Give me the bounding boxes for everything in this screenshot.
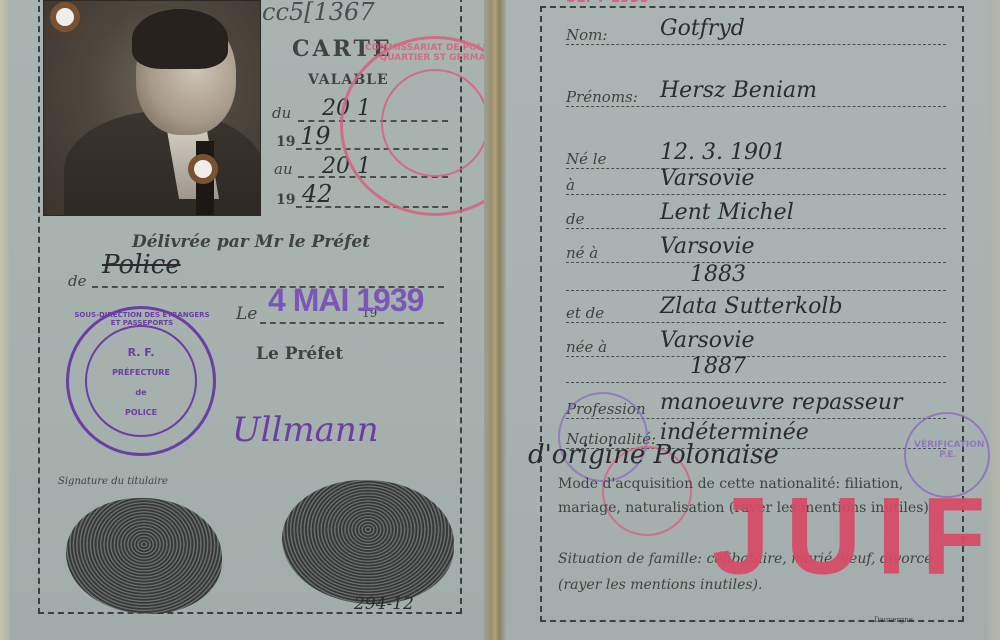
stamp-line: R. F. (99, 343, 183, 363)
dotted-line (566, 356, 946, 357)
eyelet-icon (50, 2, 80, 32)
field-value: 1887 (690, 354, 746, 379)
dotted-line (566, 168, 946, 169)
field-value: manoeuvre repasseur (660, 390, 903, 415)
field-value: 12. 3. 1901 (660, 140, 786, 165)
field-label: Prénoms: (566, 88, 638, 106)
bottom-note: 294-12 (354, 594, 414, 614)
field-value: 1883 (690, 262, 746, 287)
issued-de-value: Police (102, 250, 181, 280)
book-spine (484, 0, 506, 640)
date-stamp: 4 MAI 1939 (268, 282, 423, 319)
dotted-line (566, 228, 946, 229)
field-value: Lent Michel (660, 200, 794, 225)
purple-prefecture-stamp: SOUS-DIRECTION DES ÉTRANGERS ET PASSEPOR… (66, 306, 216, 456)
field-label: né à (566, 244, 598, 262)
prefect-signature: Ullmann (232, 410, 379, 450)
field-value: Varsovie (660, 234, 755, 259)
field-value: Varsovie (660, 328, 755, 353)
field-label: et de (566, 304, 604, 322)
field-value: Zlata Sutterkolb (660, 294, 843, 319)
field-value: Varsovie (660, 166, 755, 191)
stamp-line: PRÉFECTURE (99, 363, 183, 383)
top-date-stamp: SEPT 1939 (566, 0, 649, 6)
issued-by-label: Délivrée par Mr le Préfet (132, 232, 370, 252)
field-label: de (566, 210, 584, 228)
field-label: née à (566, 338, 607, 356)
field-label: Nom: (566, 26, 607, 44)
serial-number: cc5[1367 (262, 0, 375, 26)
prefect-label: Le Préfet (256, 344, 343, 364)
dotted-line (566, 290, 946, 291)
left-edge (0, 0, 10, 640)
stamp-text: SOUS-DIRECTION DES ÉTRANGERS ET PASSEPOR… (73, 311, 211, 327)
valid-to-year-prefix: 19 (276, 192, 295, 208)
valid-to-label: au (274, 160, 293, 178)
dotted-line (566, 194, 946, 195)
photo-hair (132, 9, 228, 69)
origin-note: d'origine Polonaise (528, 440, 779, 470)
eyelet-icon (188, 154, 218, 184)
field-label: à (566, 176, 575, 194)
valid-from-year-prefix: 19 (276, 134, 295, 150)
holder-photo (43, 0, 261, 216)
juif-stamp: JUIF (712, 475, 1000, 600)
stamp-inner-ring (381, 69, 489, 177)
stamp-line: de (99, 383, 183, 403)
field-label: Né le (566, 150, 606, 168)
dotted-line (566, 382, 946, 383)
stamp-line: POLICE (99, 403, 183, 423)
valid-from-year: 19 (300, 122, 331, 150)
valid-to-year: 42 (302, 180, 333, 208)
stamp-center: R. F. PRÉFECTURE de POLICE (99, 343, 183, 423)
issued-de-label: de (68, 272, 86, 290)
dotted-line (566, 262, 946, 263)
dotted-line (566, 44, 946, 45)
printer-mark: Dauvergne (874, 616, 913, 624)
field-value: Hersz Beniam (660, 78, 817, 103)
date-label: Le (236, 304, 257, 324)
stamp-text: VÉRIFICATION P.E. (914, 440, 982, 460)
dotted-line (260, 322, 444, 324)
dotted-line (566, 322, 946, 323)
field-value: Gotfryd (660, 16, 745, 41)
dotted-line (566, 106, 946, 107)
valid-from-label: du (272, 104, 291, 122)
holder-signature-label: Signature du titulaire (58, 476, 168, 487)
